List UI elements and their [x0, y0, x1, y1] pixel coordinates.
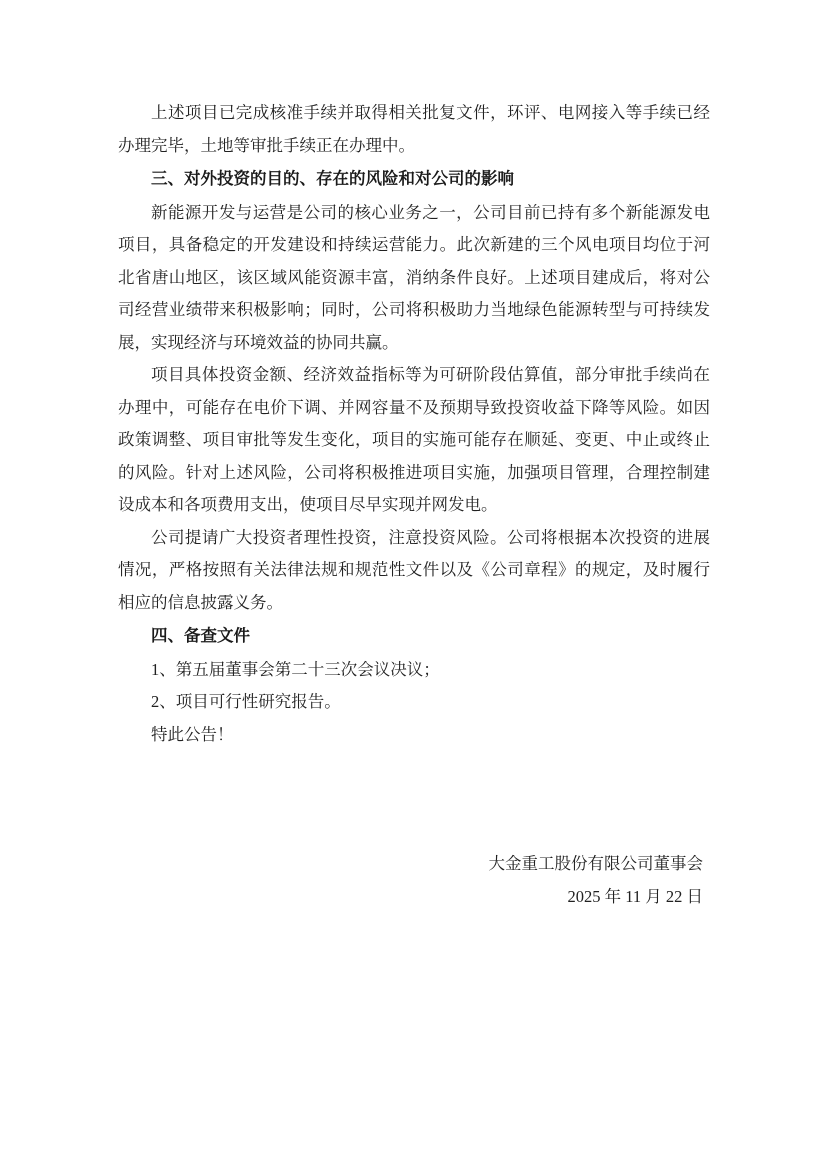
paragraph-investment-purpose: 新能源开发与运营是公司的核心业务之一，公司目前已持有多个新能源发电项目，具备稳定…	[118, 197, 710, 360]
signature-block: 大金重工股份有限公司董事会 2025 年 11 月 22 日	[118, 848, 710, 913]
list-item-feasibility-report: 2、项目可行性研究报告。	[118, 686, 710, 719]
list-item-board-resolution: 1、第五届董事会第二十三次会议决议；	[118, 654, 710, 687]
section-heading-purpose-risk-impact: 三、对外投资的目的、存在的风险和对公司的影响	[118, 163, 710, 196]
document-page: 上述项目已完成核准手续并取得相关批复文件，环评、电网接入等手续已经办理完毕，土地…	[0, 0, 827, 1169]
closing-announcement: 特此公告！	[118, 719, 710, 752]
paragraph-approval-status: 上述项目已完成核准手续并取得相关批复文件，环评、电网接入等手续已经办理完毕，土地…	[118, 97, 710, 162]
signature-date: 2025 年 11 月 22 日	[118, 881, 703, 914]
document-content: 上述项目已完成核准手续并取得相关批复文件，环评、电网接入等手续已经办理完毕，土地…	[118, 97, 710, 913]
paragraph-investment-risks: 项目具体投资金额、经济效益指标等为可研阶段估算值，部分审批手续尚在办理中，可能存…	[118, 359, 710, 522]
signature-company: 大金重工股份有限公司董事会	[118, 848, 703, 881]
paragraph-investor-notice: 公司提请广大投资者理性投资，注意投资风险。公司将根据本次投资的进展情况，严格按照…	[118, 522, 710, 620]
section-heading-reference-documents: 四、备查文件	[118, 620, 710, 653]
